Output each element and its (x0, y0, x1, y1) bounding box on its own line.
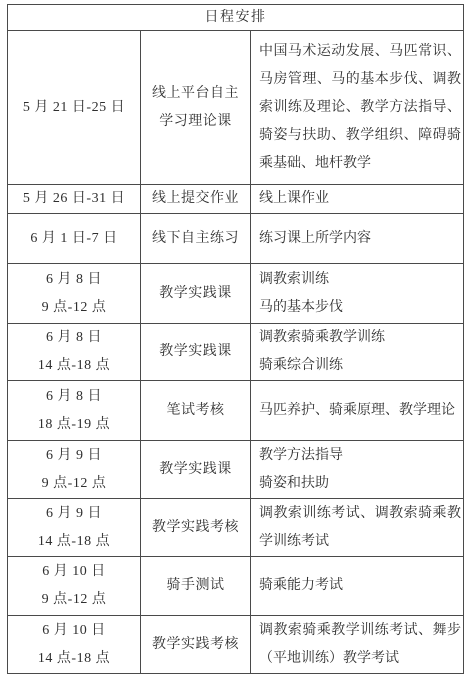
date-line: 6 月 9 日 (8, 442, 140, 470)
content-cell: 骑乘能力考试 (251, 557, 464, 616)
activity-line: 线上平台自主 (141, 80, 250, 108)
table-row: 5 月 21 日-25 日 线上平台自主 学习理论课 中国马术运动发展、马匹常识… (8, 31, 464, 185)
date-cell: 6 月 10 日 9 点-12 点 (8, 557, 141, 616)
schedule-table: 日程安排 5 月 21 日-25 日 线上平台自主 学习理论课 中国马术运动发展… (7, 4, 464, 674)
content-cell: 调教索骑乘教学训练 骑乘综合训练 (251, 324, 464, 381)
content-line: 骑姿和扶助 (259, 470, 461, 498)
date-cell: 6 月 9 日 9 点-12 点 (8, 441, 141, 499)
activity-line: 笔试考核 (141, 397, 250, 425)
date-line: 5 月 21 日-25 日 (8, 94, 140, 122)
activity-line: 教学实践课 (141, 338, 250, 366)
date-cell: 6 月 8 日 9 点-12 点 (8, 264, 141, 324)
date-cell: 5 月 21 日-25 日 (8, 31, 141, 185)
date-cell: 6 月 8 日 14 点-18 点 (8, 324, 141, 381)
table-row: 6 月 9 日 9 点-12 点 教学实践课 教学方法指导 骑姿和扶助 (8, 441, 464, 499)
table-row: 6 月 1 日-7 日 线下自主练习 练习课上所学内容 (8, 214, 464, 264)
date-line: 9 点-12 点 (8, 586, 140, 614)
activity-line: 教学实践考核 (141, 631, 250, 659)
date-cell: 6 月 10 日 14 点-18 点 (8, 616, 141, 674)
activity-cell: 骑手测试 (141, 557, 251, 616)
date-cell: 5 月 26 日-31 日 (8, 185, 141, 214)
table-header-row: 日程安排 (8, 5, 464, 31)
date-line: 6 月 1 日-7 日 (8, 225, 140, 253)
activity-line: 教学实践课 (141, 280, 250, 308)
content-line: 骑乘综合训练 (259, 352, 461, 380)
activity-cell: 教学实践课 (141, 264, 251, 324)
activity-cell: 教学实践考核 (141, 616, 251, 674)
content-line: 中国马术运动发展、马匹常识、马房管理、马的基本步伐、调教索训练及理论、教学方法指… (259, 38, 461, 178)
table-row: 6 月 10 日 9 点-12 点 骑手测试 骑乘能力考试 (8, 557, 464, 616)
date-line: 14 点-18 点 (8, 528, 140, 556)
content-line: 教学方法指导 (259, 442, 461, 470)
activity-cell: 教学实践考核 (141, 499, 251, 557)
content-cell: 练习课上所学内容 (251, 214, 464, 264)
date-line: 18 点-19 点 (8, 411, 140, 439)
content-line: 骑乘能力考试 (259, 572, 461, 600)
table-row: 6 月 8 日 14 点-18 点 教学实践课 调教索骑乘教学训练 骑乘综合训练 (8, 324, 464, 381)
date-cell: 6 月 9 日 14 点-18 点 (8, 499, 141, 557)
date-line: 14 点-18 点 (8, 645, 140, 673)
table-row: 5 月 26 日-31 日 线上提交作业 线上课作业 (8, 185, 464, 214)
content-line: 线上课作业 (259, 185, 461, 213)
content-cell: 马匹养护、骑乘原理、教学理论 (251, 381, 464, 441)
date-line: 6 月 8 日 (8, 324, 140, 352)
content-cell: 线上课作业 (251, 185, 464, 214)
date-line: 6 月 10 日 (8, 617, 140, 645)
activity-cell: 教学实践课 (141, 324, 251, 381)
content-line: 调教索训练 (259, 266, 461, 294)
content-cell: 调教索训练 马的基本步伐 (251, 264, 464, 324)
content-line: 练习课上所学内容 (259, 225, 461, 253)
date-line: 14 点-18 点 (8, 352, 140, 380)
content-cell: 中国马术运动发展、马匹常识、马房管理、马的基本步伐、调教索训练及理论、教学方法指… (251, 31, 464, 185)
activity-line: 线下自主练习 (141, 225, 250, 253)
date-line: 9 点-12 点 (8, 294, 140, 322)
date-line: 6 月 8 日 (8, 266, 140, 294)
activity-cell: 笔试考核 (141, 381, 251, 441)
activity-cell: 线上平台自主 学习理论课 (141, 31, 251, 185)
date-line: 6 月 8 日 (8, 383, 140, 411)
date-line: 5 月 26 日-31 日 (8, 185, 140, 213)
activity-cell: 线下自主练习 (141, 214, 251, 264)
content-line: 调教索骑乘教学训练 (259, 324, 461, 352)
activity-cell: 教学实践课 (141, 441, 251, 499)
content-cell: 调教索训练考试、调教索骑乘教学训练考试 (251, 499, 464, 557)
activity-cell: 线上提交作业 (141, 185, 251, 214)
activity-line: 教学实践课 (141, 456, 250, 484)
date-line: 6 月 9 日 (8, 500, 140, 528)
content-cell: 教学方法指导 骑姿和扶助 (251, 441, 464, 499)
content-line: 调教索骑乘教学训练考试、舞步（平地训练）教学考试 (259, 617, 461, 673)
content-cell: 调教索骑乘教学训练考试、舞步（平地训练）教学考试 (251, 616, 464, 674)
content-line: 调教索训练考试、调教索骑乘教学训练考试 (259, 500, 461, 556)
table-row: 6 月 8 日 9 点-12 点 教学实践课 调教索训练 马的基本步伐 (8, 264, 464, 324)
table-row: 6 月 10 日 14 点-18 点 教学实践考核 调教索骑乘教学训练考试、舞步… (8, 616, 464, 674)
table-title: 日程安排 (8, 5, 464, 31)
date-cell: 6 月 1 日-7 日 (8, 214, 141, 264)
table-row: 6 月 9 日 14 点-18 点 教学实践考核 调教索训练考试、调教索骑乘教学… (8, 499, 464, 557)
activity-line: 学习理论课 (141, 108, 250, 136)
activity-line: 线上提交作业 (141, 185, 250, 213)
date-line: 9 点-12 点 (8, 470, 140, 498)
activity-line: 骑手测试 (141, 572, 250, 600)
content-line: 马的基本步伐 (259, 294, 461, 322)
date-line: 6 月 10 日 (8, 558, 140, 586)
table-row: 6 月 8 日 18 点-19 点 笔试考核 马匹养护、骑乘原理、教学理论 (8, 381, 464, 441)
content-line: 马匹养护、骑乘原理、教学理论 (259, 397, 461, 425)
date-cell: 6 月 8 日 18 点-19 点 (8, 381, 141, 441)
activity-line: 教学实践考核 (141, 514, 250, 542)
